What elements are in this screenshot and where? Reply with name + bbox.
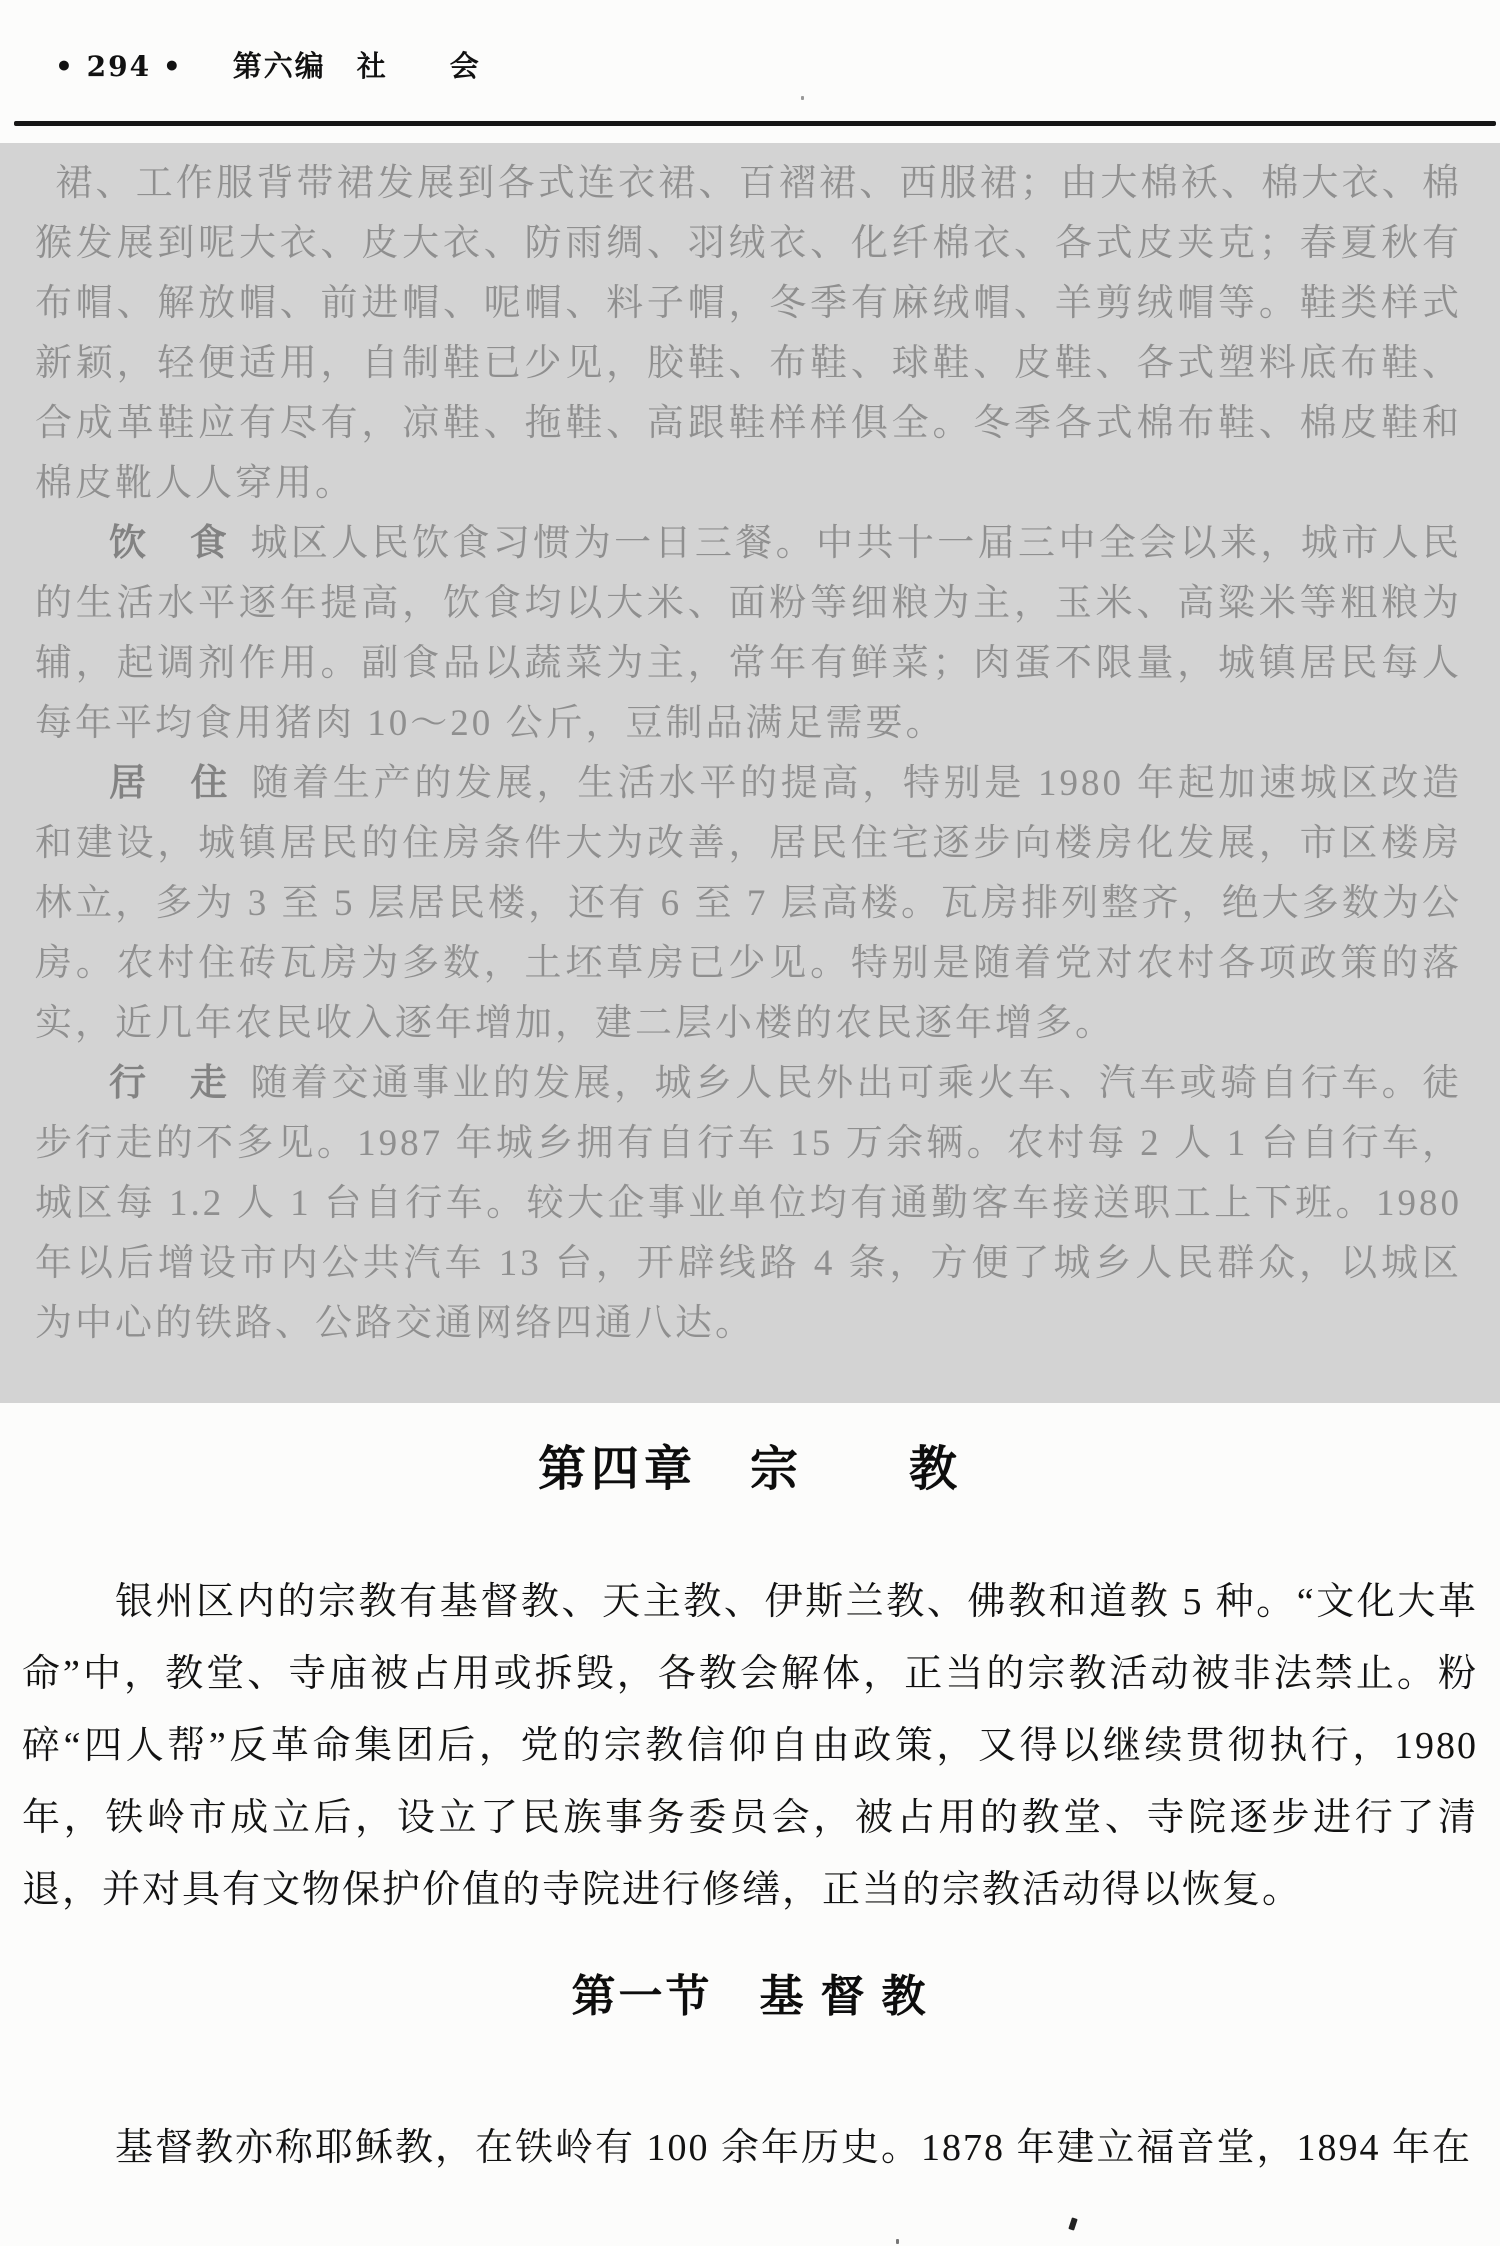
scan-speck: [801, 96, 804, 100]
paragraph-text: 裙、工作服背带裙发展到各式连衣裙、百褶裙、西服裙；由大棉袄、棉大衣、棉猴发展到呢…: [35, 163, 1462, 504]
paragraph-label: 行 走: [109, 1063, 230, 1104]
edition-title: 第六编 社 会: [233, 44, 481, 85]
paragraph-text: 城区人民饮食习惯为一日三餐。中共十一届三中全会以来，城市人民的生活水平逐年提高，…: [35, 523, 1462, 744]
paragraph-clothing: 裙、工作服背带裙发展到各式连衣裙、百褶裙、西服裙；由大棉袄、棉大衣、棉猴发展到呢…: [35, 154, 1462, 514]
scan-speck: [1068, 2217, 1077, 2230]
intro-paragraph: 银州区内的宗教有基督教、天主教、伊斯兰教、佛教和道教 5 种。“文化大革命”中，…: [22, 1566, 1478, 1926]
paragraph-text: 随着交通事业的发展，城乡人民外出可乘火车、汽车或骑自行车。徒步行走的不多见。19…: [35, 1063, 1462, 1344]
paragraph-text: 随着生产的发展，生活水平的提高，特别是 1980 年起加速城区改造和建设，城镇居…: [35, 763, 1462, 1044]
body-paragraph: 基督教亦称耶稣教，在铁岭有 100 余年历史。1878 年建立福音堂，1894 …: [22, 2116, 1478, 2180]
paragraph-transport: 行 走随着交通事业的发展，城乡人民外出可乘火车、汽车或骑自行车。徒步行走的不多见…: [35, 1054, 1462, 1354]
section-heading: 第一节 基 督 教: [0, 1960, 1500, 2024]
scanned-book-page: • 294 • 第六编 社 会 裙、工作服背带裙发展到各式连衣裙、百褶裙、西服裙…: [0, 0, 1500, 2246]
paragraph-housing: 居 住随着生产的发展，生活水平的提高，特别是 1980 年起加速城区改造和建设，…: [35, 754, 1462, 1054]
scan-speck: [896, 2239, 899, 2244]
paragraph-label: 居 住: [109, 763, 231, 804]
paragraph-food: 饮 食城区人民饮食习惯为一日三餐。中共十一届三中全会以来，城市人民的生活水平逐年…: [35, 514, 1462, 754]
page-header: • 294 • 第六编 社 会: [55, 44, 481, 85]
page-number: • 294 •: [55, 50, 183, 83]
chapter-heading: 第四章 宗 教: [0, 1430, 1500, 1499]
header-rule: [14, 121, 1496, 126]
paragraph-label: 饮 食: [109, 523, 230, 564]
scanned-gray-text-block: 裙、工作服背带裙发展到各式连衣裙、百褶裙、西服裙；由大棉袄、棉大衣、棉猴发展到呢…: [0, 143, 1500, 1403]
